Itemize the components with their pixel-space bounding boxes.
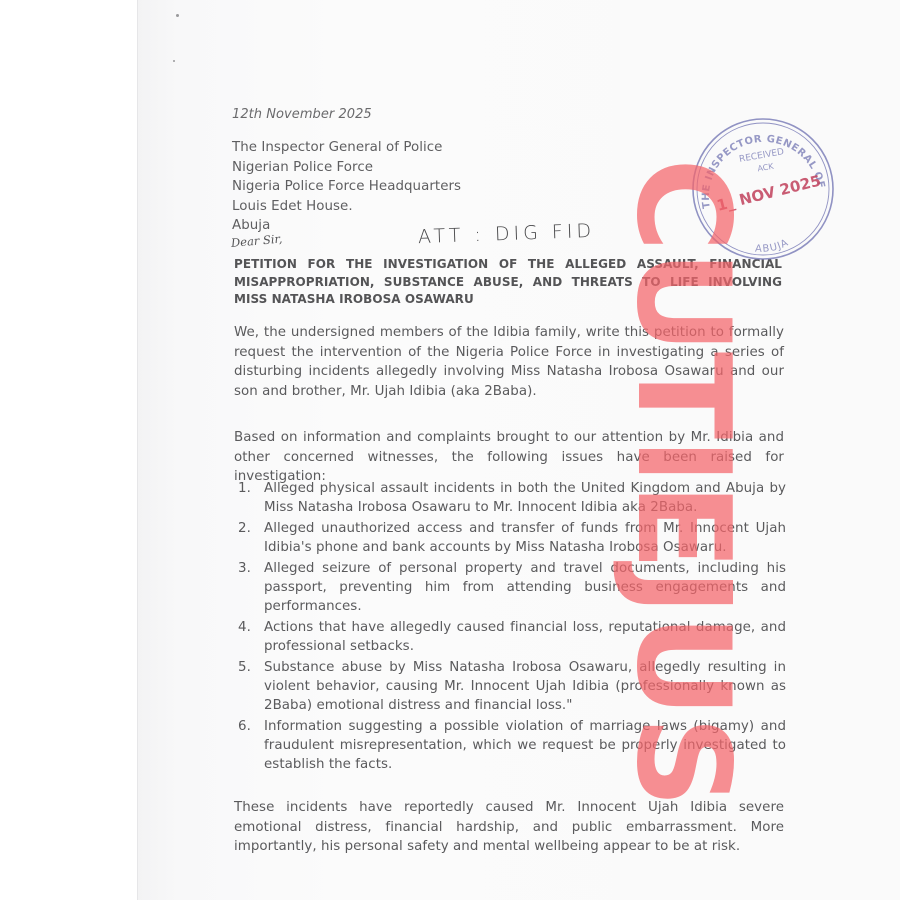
list-item: 1.Alleged physical assault incidents in …: [238, 479, 786, 517]
list-item: 3.Alleged seizure of personal property a…: [238, 559, 786, 617]
issues-list: 1.Alleged physical assault incidents in …: [238, 479, 786, 776]
received-stamp: THE INSPECTOR GENERAL OF POLICE RECEIVED…: [690, 116, 836, 262]
recipient-address: The Inspector General of Police Nigerian…: [232, 138, 461, 236]
stamp-location: ABUJA: [755, 237, 791, 255]
list-item-text: Alleged seizure of personal property and…: [264, 561, 786, 614]
list-number: 1.: [238, 479, 251, 498]
recipient-line: Nigerian Police Force: [232, 158, 461, 178]
closing-paragraph: These incidents have reportedly caused M…: [234, 798, 784, 857]
list-item-text: Actions that have allegedly caused finan…: [264, 620, 786, 654]
intro-paragraph: We, the undersigned members of the Idibi…: [234, 323, 784, 401]
recipient-line: The Inspector General of Police: [232, 138, 461, 158]
list-number: 6.: [238, 717, 251, 736]
list-item: 4.Actions that have allegedly caused fin…: [238, 618, 786, 656]
list-item-text: Alleged unauthorized access and transfer…: [264, 521, 786, 555]
paper-speck: [173, 60, 175, 62]
list-item: 6.Information suggesting a possible viol…: [238, 717, 786, 775]
recipient-line: Nigeria Police Force Headquarters: [232, 177, 461, 197]
list-number: 3.: [238, 559, 251, 578]
list-item-text: Information suggesting a possible violat…: [264, 719, 786, 772]
stamp-received-label: RECEIVED: [738, 147, 784, 165]
recipient-line: Louis Edet House.: [232, 197, 461, 217]
list-number: 4.: [238, 618, 251, 637]
stamp-ack-label: ACK: [757, 162, 775, 174]
list-item: 2.Alleged unauthorized access and transf…: [238, 519, 786, 557]
paper-speck: [176, 14, 179, 17]
list-number: 2.: [238, 519, 251, 538]
list-number: 5.: [238, 658, 251, 677]
list-item: 5.Substance abuse by Miss Natasha Irobos…: [238, 658, 786, 716]
issues-intro-paragraph: Based on information and complaints brou…: [234, 428, 784, 487]
letter-date: 12th November 2025: [232, 105, 372, 125]
stamp-date: 1_ NOV 2025: [715, 172, 823, 215]
petition-heading: PETITION FOR THE INVESTIGATION OF THE AL…: [234, 256, 782, 309]
list-item-text: Substance abuse by Miss Natasha Irobosa …: [264, 660, 786, 713]
list-item-text: Alleged physical assault incidents in bo…: [264, 481, 786, 515]
